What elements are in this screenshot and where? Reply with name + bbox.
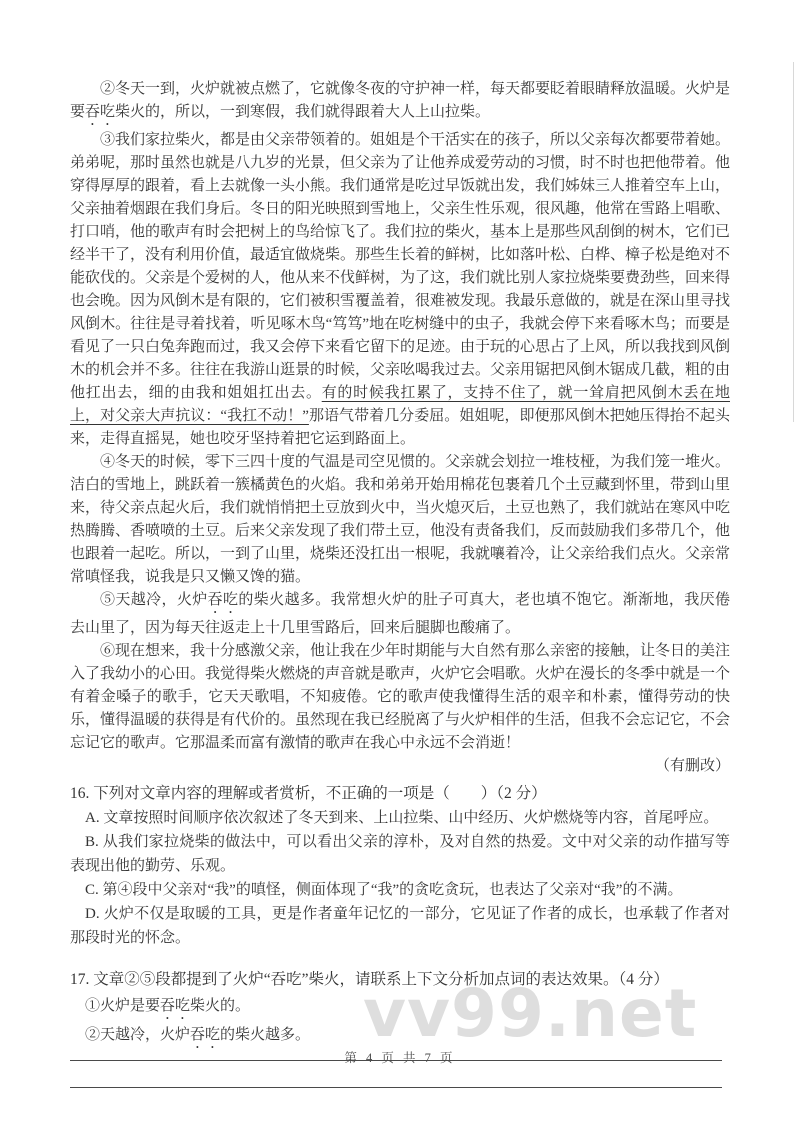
text-segment: ⑥现在想来，我十分感激父亲，他让我在少年时期能与大自然有那么亲密的接触，让冬日的…: [70, 643, 730, 751]
passage-paragraph-2: ②冬天一到，火炉就被点燃了，它就像冬夜的守护神一样，每天都要眨着眼睛释放温暖。火…: [70, 78, 730, 129]
document-page: vv99.net ②冬天一到，火炉就被点燃了，它就像冬夜的守护神一样，每天都要眨…: [0, 0, 800, 1130]
question-16-option-c: C. 第④段中父亲对“我”的嗔怪，侧面体现了“我”的贪吃贪玩，也表达了父亲对“我…: [70, 878, 730, 902]
text-segment: 的柴火越多。: [220, 1027, 310, 1043]
text-segment: ①火炉是要: [85, 998, 160, 1014]
passage-paragraph-5: ⑤天越冷，火炉吞吃的柴火越多。我常想火炉的肚子可真大，老也填不饱它。渐渐地，我厌…: [70, 589, 730, 640]
question-16-option-d: D. 火炉不仅是取暖的工具，更是作者童年记忆的一部分，它见证了作者的成长，也承载…: [70, 902, 730, 950]
answer-blank-line-2: [70, 1087, 722, 1088]
question-16-option-a: A. 文章按照时间顺序依次叙述了冬天到来、上山拉柴、山中经历、火炉燃烧等内容，首…: [70, 806, 730, 830]
passage-paragraph-4: ④冬天的时候，零下三四十度的气温是司空见惯的。父亲就会划拉一堆枝桠，为我们笼一堆…: [70, 451, 730, 589]
emphasized-word: 吞吃: [190, 1027, 220, 1043]
page-number: 第 4 页 共 7 页: [0, 1048, 800, 1066]
text-segment: ③我们家拉柴火，都是由父亲带领着的。姐姐是个干活实在的孩子，所以父亲每次都要带着…: [70, 132, 730, 401]
text-segment: ②天越冷，火炉: [85, 1027, 190, 1043]
question-16: 16. 下列对文章内容的理解或者赏析，不正确的一项是（ ）（2 分） A. 文章…: [70, 782, 730, 950]
text-segment: ④冬天的时候，零下三四十度的气温是司空见惯的。父亲就会划拉一堆枝桠，为我们笼一堆…: [70, 454, 730, 585]
question-17-quote-1: ①火炉是要吞吃柴火的。: [70, 994, 730, 1023]
emphasized-word: 吞吃: [160, 998, 190, 1014]
attribution-note: （有删改）: [70, 755, 730, 778]
passage-paragraph-3: ③我们家拉柴火，都是由父亲带领着的。姐姐是个干活实在的孩子，所以父亲每次都要带着…: [70, 129, 730, 451]
text-segment: ⑤天越冷，火炉: [100, 592, 208, 608]
emphasized-word: 吞吃: [208, 592, 239, 608]
text-segment: 柴火的。: [190, 998, 250, 1014]
question-16-stem: 16. 下列对文章内容的理解或者赏析，不正确的一项是（ ）（2 分）: [70, 782, 730, 806]
question-16-option-b: B. 从我们家拉烧柴的做法中，可以看出父亲的淳朴，及对自然的热爱。文中对父亲的动…: [70, 830, 730, 878]
emphasized-word: 吞吃: [85, 104, 115, 120]
passage-paragraph-6: ⑥现在想来，我十分感激父亲，他让我在少年时期能与大自然有那么亲密的接触，让冬日的…: [70, 640, 730, 755]
reading-passage: ②冬天一到，火炉就被点燃了，它就像冬夜的守护神一样，每天都要眨着眼睛释放温暖。火…: [70, 78, 730, 778]
question-17: 17. 文章②⑤段都提到了火炉“吞吃”柴火，请联系上下文分析加点词的表达效果。（…: [70, 968, 730, 1088]
text-segment: 柴火的，所以，一到寒假，我们就得跟着大人上山拉柴。: [115, 104, 490, 120]
scan-artifact-line: [793, 62, 794, 422]
article-content: ②冬天一到，火炉就被点燃了，它就像冬夜的守护神一样，每天都要眨着眼睛释放温暖。火…: [70, 78, 730, 1088]
question-17-stem: 17. 文章②⑤段都提到了火炉“吞吃”柴火，请联系上下文分析加点词的表达效果。（…: [70, 968, 730, 992]
